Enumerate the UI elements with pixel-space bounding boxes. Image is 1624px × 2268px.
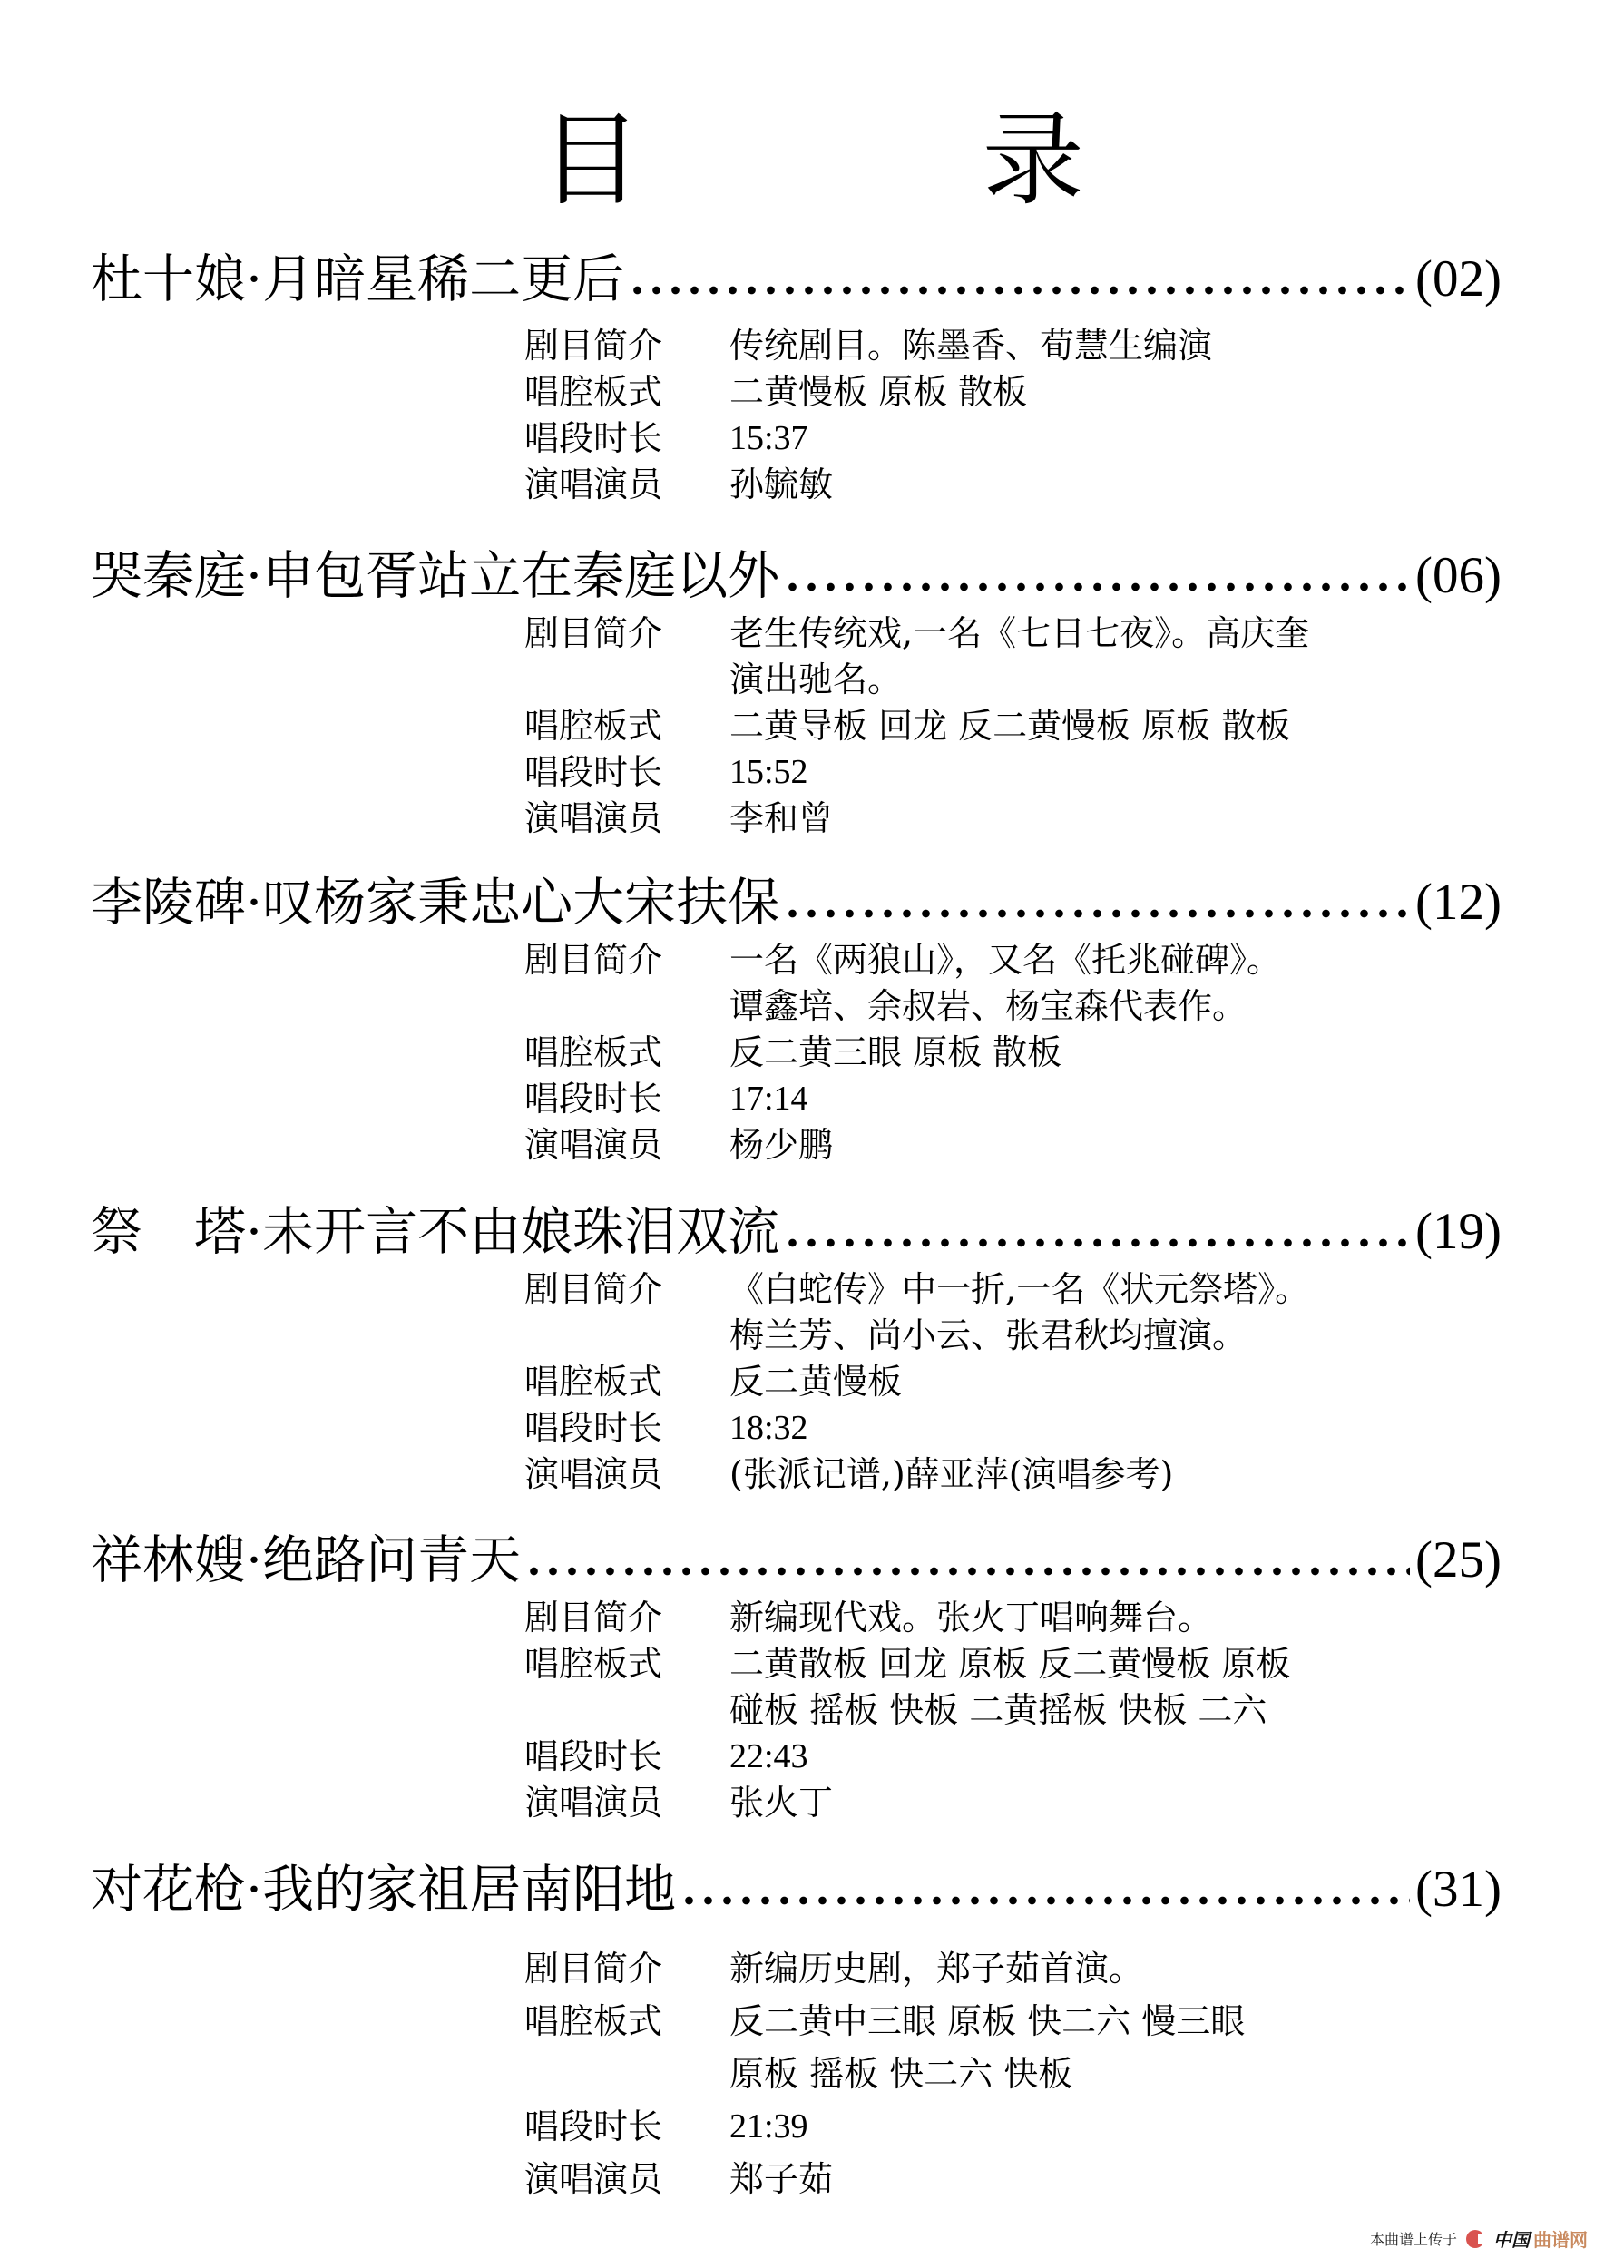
- duration-value: 17:14: [729, 1076, 1522, 1122]
- performer-row: 演唱演员 郑子茹: [524, 2153, 1522, 2205]
- upload-watermark: 本曲谱上传于 中国 曲谱网: [1370, 2225, 1588, 2252]
- performer-row: 演唱演员 张火丁: [524, 1780, 1522, 1826]
- entry-details: 剧目简介 新编现代戏。张火丁唱响舞台。 唱腔板式 二黄散板 回龙 原板 反二黄慢…: [524, 1595, 1522, 1826]
- performer-label: 演唱演员: [524, 2153, 729, 2205]
- intro-label: 剧目简介: [524, 1942, 729, 1995]
- duration-value: 22:43: [729, 1734, 1522, 1780]
- duration-row: 唱段时长 17:14: [524, 1076, 1522, 1122]
- page-number: (06): [1415, 540, 1502, 612]
- banshi-text: 碰板 摇板 快板 二黄摇板 快板 二六: [729, 1687, 1522, 1734]
- toc-entry-heading[interactable]: 哭秦庭·申包胥站立在秦庭以外 (06): [91, 540, 1502, 612]
- performer-value: 杨少鹏: [729, 1122, 1522, 1168]
- entry-details: 剧目简介 《白蛇传》中一折,一名《状元祭塔》。 梅兰芳、尚小云、张君秋均擅演。 …: [524, 1266, 1522, 1498]
- dot-leader: [783, 582, 1410, 592]
- duration-row: 唱段时长 18:32: [524, 1405, 1522, 1452]
- performer-value: (张派记谱,)薛亚萍(演唱参考): [729, 1452, 1522, 1498]
- performer-value: 李和曾: [729, 796, 1522, 842]
- banshi-row: 唱腔板式 反二黄慢板: [524, 1359, 1522, 1405]
- intro-label: 剧目简介: [524, 937, 729, 983]
- banshi-label: 唱腔板式: [524, 1995, 729, 2048]
- intro-text: 一名《两狼山》，又名《托兆碰碑》。: [729, 937, 1522, 983]
- banshi-label: 唱腔板式: [524, 369, 729, 415]
- duration-row: 唱段时长 15:37: [524, 415, 1522, 462]
- intro-text: 演出驰名。: [729, 657, 1522, 703]
- banshi-row: 唱腔板式 反二黄三眼 原板 散板: [524, 1030, 1522, 1076]
- performer-value: 孙毓敏: [729, 462, 1522, 508]
- toc-entry-heading[interactable]: 祥林嫂·绝路问青天 (25): [91, 1524, 1502, 1597]
- intro-text: 新编历史剧，郑子茹首演。: [729, 1942, 1522, 1995]
- duration-row: 唱段时长 22:43: [524, 1734, 1522, 1780]
- page-number: (31): [1415, 1853, 1502, 1926]
- intro-label: 剧目简介: [524, 1266, 729, 1313]
- site-logo-icon: [1466, 2230, 1484, 2248]
- toc-entry-heading[interactable]: 对花枪·我的家祖居南阳地 (31): [91, 1853, 1502, 1926]
- performer-label: 演唱演员: [524, 1780, 729, 1826]
- banshi-row: 唱腔板式 反二黄中三眼 原板 快二六 慢三眼 原板 摇板 快二六 快板: [524, 1995, 1522, 2100]
- banshi-text: 反二黄中三眼 原板 快二六 慢三眼: [729, 1995, 1522, 2048]
- entry-title: 李陵碑·叹杨家秉忠心大宋扶保: [91, 866, 779, 939]
- performer-row: 演唱演员 杨少鹏: [524, 1122, 1522, 1168]
- intro-row: 剧目简介 新编历史剧，郑子茹首演。: [524, 1942, 1522, 1995]
- page-number: (12): [1415, 866, 1502, 939]
- dot-leader: [628, 285, 1410, 296]
- banshi-row: 唱腔板式 二黄慢板 原板 散板: [524, 369, 1522, 415]
- banshi-text: 反二黄三眼 原板 散板: [729, 1030, 1522, 1076]
- performer-value: 张火丁: [729, 1780, 1522, 1826]
- intro-row: 剧目简介 传统剧目。陈墨香、荀慧生编演: [524, 323, 1522, 369]
- entry-title: 对花枪·我的家祖居南阳地: [91, 1853, 676, 1926]
- duration-value: 15:52: [729, 749, 1522, 796]
- performer-row: 演唱演员 李和曾: [524, 796, 1522, 842]
- intro-row: 剧目简介 《白蛇传》中一折,一名《状元祭塔》。 梅兰芳、尚小云、张君秋均擅演。: [524, 1266, 1522, 1359]
- entry-title: 祭 塔·未开言不由娘珠泪双流: [91, 1196, 779, 1268]
- duration-value: 18:32: [729, 1405, 1522, 1452]
- intro-row: 剧目简介 一名《两狼山》，又名《托兆碰碑》。 谭鑫培、余叔岩、杨宝森代表作。: [524, 937, 1522, 1030]
- entry-details: 剧目简介 老生传统戏,一名《七日七夜》。高庆奎 演出驰名。 唱腔板式 二黄导板 …: [524, 611, 1522, 842]
- banshi-row: 唱腔板式 二黄导板 回龙 反二黄慢板 原板 散板: [524, 703, 1522, 749]
- brand-cn: 中国: [1493, 2225, 1530, 2252]
- intro-text: 梅兰芳、尚小云、张君秋均擅演。: [729, 1313, 1522, 1359]
- intro-text: 传统剧目。陈墨香、荀慧生编演: [729, 323, 1522, 369]
- dot-leader: [524, 1566, 1410, 1577]
- intro-text: 谭鑫培、余叔岩、杨宝森代表作。: [729, 983, 1522, 1030]
- entry-details: 剧目简介 一名《两狼山》，又名《托兆碰碑》。 谭鑫培、余叔岩、杨宝森代表作。 唱…: [524, 937, 1522, 1168]
- dot-leader: [783, 908, 1410, 919]
- intro-row: 剧目简介 新编现代戏。张火丁唱响舞台。: [524, 1595, 1522, 1641]
- banshi-label: 唱腔板式: [524, 703, 729, 749]
- entry-title: 祥林嫂·绝路问青天: [91, 1524, 521, 1597]
- intro-text: 新编现代戏。张火丁唱响舞台。: [729, 1595, 1522, 1641]
- page-title: 目 录: [0, 102, 1624, 220]
- intro-label: 剧目简介: [524, 1595, 729, 1641]
- banshi-text: 二黄导板 回龙 反二黄慢板 原板 散板: [729, 703, 1522, 749]
- banshi-label: 唱腔板式: [524, 1641, 729, 1687]
- toc-entry-heading[interactable]: 杜十娘·月暗星稀二更后 (02): [91, 243, 1502, 316]
- performer-value: 郑子茹: [729, 2153, 1522, 2205]
- dot-leader: [783, 1237, 1410, 1248]
- banshi-row: 唱腔板式 二黄散板 回龙 原板 反二黄慢板 原板 碰板 摇板 快板 二黄摇板 快…: [524, 1641, 1522, 1734]
- banshi-text: 二黄慢板 原板 散板: [729, 369, 1522, 415]
- banshi-label: 唱腔板式: [524, 1359, 729, 1405]
- entry-details: 剧目简介 传统剧目。陈墨香、荀慧生编演 唱腔板式 二黄慢板 原板 散板 唱段时长…: [524, 323, 1522, 508]
- performer-row: 演唱演员 孙毓敏: [524, 462, 1522, 508]
- intro-text: 老生传统戏,一名《七日七夜》。高庆奎: [729, 611, 1522, 657]
- page-number: (25): [1415, 1524, 1502, 1597]
- performer-label: 演唱演员: [524, 1122, 729, 1168]
- entry-title: 杜十娘·月暗星稀二更后: [91, 243, 624, 316]
- intro-label: 剧目简介: [524, 611, 729, 657]
- duration-row: 唱段时长 21:39: [524, 2100, 1522, 2153]
- intro-label: 剧目简介: [524, 323, 729, 369]
- duration-label: 唱段时长: [524, 415, 729, 462]
- duration-label: 唱段时长: [524, 2100, 729, 2153]
- performer-row: 演唱演员 (张派记谱,)薛亚萍(演唱参考): [524, 1452, 1522, 1498]
- uploaded-text: 本曲谱上传于: [1370, 2228, 1457, 2249]
- banshi-text: 原板 摇板 快二六 快板: [729, 2048, 1522, 2100]
- entry-details: 剧目简介 新编历史剧，郑子茹首演。 唱腔板式 反二黄中三眼 原板 快二六 慢三眼…: [524, 1942, 1522, 2205]
- page-number: (19): [1415, 1196, 1502, 1268]
- duration-value: 21:39: [729, 2100, 1522, 2153]
- intro-row: 剧目简介 老生传统戏,一名《七日七夜》。高庆奎 演出驰名。: [524, 611, 1522, 703]
- entry-title: 哭秦庭·申包胥站立在秦庭以外: [91, 540, 779, 612]
- banshi-text: 反二黄慢板: [729, 1359, 1522, 1405]
- duration-label: 唱段时长: [524, 1405, 729, 1452]
- duration-label: 唱段时长: [524, 749, 729, 796]
- intro-text: 《白蛇传》中一折,一名《状元祭塔》。: [729, 1266, 1522, 1313]
- duration-label: 唱段时长: [524, 1734, 729, 1780]
- brand-qupu: 曲谱网: [1533, 2225, 1588, 2252]
- duration-row: 唱段时长 15:52: [524, 749, 1522, 796]
- page-number: (02): [1415, 243, 1502, 316]
- performer-label: 演唱演员: [524, 462, 729, 508]
- toc-entry-heading[interactable]: 李陵碑·叹杨家秉忠心大宋扶保 (12): [91, 866, 1502, 939]
- duration-value: 15:37: [729, 415, 1522, 462]
- toc-entry-heading[interactable]: 祭 塔·未开言不由娘珠泪双流 (19): [91, 1196, 1502, 1268]
- dot-leader: [680, 1895, 1410, 1906]
- banshi-text: 二黄散板 回龙 原板 反二黄慢板 原板: [729, 1641, 1522, 1687]
- banshi-label: 唱腔板式: [524, 1030, 729, 1076]
- duration-label: 唱段时长: [524, 1076, 729, 1122]
- performer-label: 演唱演员: [524, 796, 729, 842]
- performer-label: 演唱演员: [524, 1452, 729, 1498]
